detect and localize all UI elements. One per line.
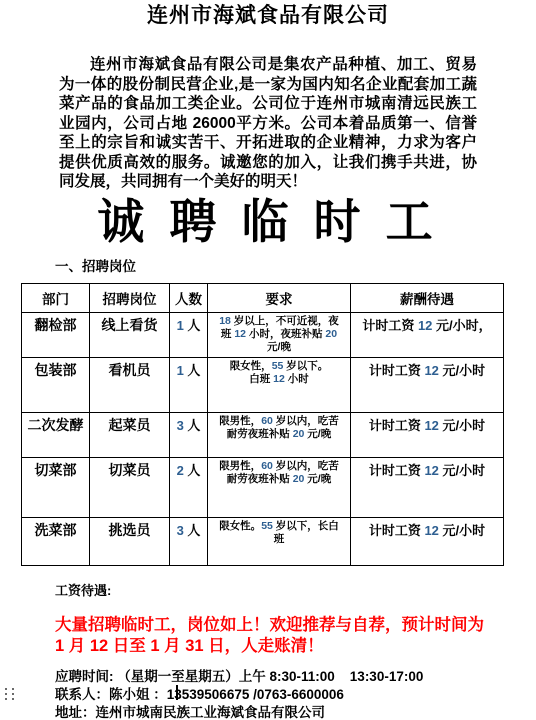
cell-count: 2 人 — [170, 457, 208, 517]
table-row: 翻检部 线上看货 1 人 18 岁以上，不可近视，夜 班 12 小时，夜班补贴 … — [22, 312, 504, 357]
table-row: 切菜部 切菜员 2 人 限男性，60 岁以内，吃苦 耐劳夜班补贴 20 元/晚 … — [22, 457, 504, 517]
cell-requirements: 限男性，60 岁以内，吃苦 耐劳夜班补贴 20 元/晚 — [208, 412, 351, 457]
cell-dept: 二次发酵 — [22, 412, 90, 457]
cell-requirements: 限女性。55 岁以下，长白 班 — [208, 517, 351, 565]
cell-count: 3 人 — [170, 517, 208, 565]
cell-pay: 计时工资 12 元/小时 — [351, 517, 504, 565]
cell-requirements: 限男性，60 岁以内，吃苦 耐劳夜班补贴 20 元/晚 — [208, 457, 351, 517]
cell-pay: 计时工资 12 元/小时， — [351, 312, 504, 357]
intro-paragraph: 连州市海斌食品有限公司是集农产品种植、加工、贸易为一体的股份制民营企业,是一家为… — [59, 55, 477, 192]
table-header-row: 部门 招聘岗位 人数 要求 薪酬待遇 — [22, 283, 504, 312]
cell-role: 线上看货 — [90, 312, 170, 357]
column-header-count: 人数 — [170, 283, 208, 312]
apply-time-line: 应聘时间: （星期一至星期五）上午 8:30-11:00 13:30-17:00 — [55, 668, 536, 685]
jobs-table: 部门 招聘岗位 人数 要求 薪酬待遇 翻检部 线上看货 1 人 18 岁以上，不… — [21, 283, 504, 566]
cell-pay: 计时工资 12 元/小时 — [351, 412, 504, 457]
address-line: 地址：连州市城南民族工业海斌食品有限公司 — [55, 704, 536, 720]
banner-title: 诚 聘 临 时 工 — [0, 196, 536, 248]
table-row: 洗菜部 挑选员 3 人 限女性。55 岁以下，长白 班 计时工资 12 元/小时 — [22, 517, 504, 565]
table-row: 包装部 看机员 1 人 限女性，55 岁以下。 白班 12 小时 计时工资 12… — [22, 357, 504, 412]
section-heading: 一、招聘岗位 — [55, 260, 536, 274]
cell-count: 1 人 — [170, 312, 208, 357]
cell-role: 看机员 — [90, 357, 170, 412]
cell-dept: 翻检部 — [22, 312, 90, 357]
cell-pay: 计时工资 12 元/小时 — [351, 457, 504, 517]
cell-count: 1 人 — [170, 357, 208, 412]
contact-line: 联系人：陈小姐 ：13539506675 /0763-6600006 — [55, 686, 536, 703]
notice-text: 大量招聘临时工，岗位如上！欢迎推荐与自荐，预计时间为 1 月 12 日至 1 月… — [55, 615, 500, 657]
cell-role: 切菜员 — [90, 457, 170, 517]
cell-requirements: 限女性，55 岁以下。 白班 12 小时 — [208, 357, 351, 412]
column-header-dept: 部门 — [22, 283, 90, 312]
cell-dept: 切菜部 — [22, 457, 90, 517]
wage-heading: 工资待遇: — [55, 584, 536, 598]
column-header-pay: 薪酬待遇 — [351, 283, 504, 312]
cell-dept: 包装部 — [22, 357, 90, 412]
cell-requirements: 18 岁以上，不可近视，夜 班 12 小时，夜班补贴 20 元/晚 — [208, 312, 351, 357]
column-header-role: 招聘岗位 — [90, 283, 170, 312]
cell-dept: 洗菜部 — [22, 517, 90, 565]
document-page: 连州市海斌食品有限公司 连州市海斌食品有限公司是集农产品种植、加工、贸易为一体的… — [0, 0, 536, 720]
company-title: 连州市海斌食品有限公司 — [0, 0, 536, 29]
cell-pay: 计时工资 12 元/小时 — [351, 357, 504, 412]
drag-dots-icon — [5, 688, 18, 701]
cell-role: 起菜员 — [90, 412, 170, 457]
column-header-req: 要求 — [208, 283, 351, 312]
cell-count: 3 人 — [170, 412, 208, 457]
text-cursor — [176, 685, 178, 700]
cell-role: 挑选员 — [90, 517, 170, 565]
table-row: 二次发酵 起菜员 3 人 限男性，60 岁以内，吃苦 耐劳夜班补贴 20 元/晚… — [22, 412, 504, 457]
